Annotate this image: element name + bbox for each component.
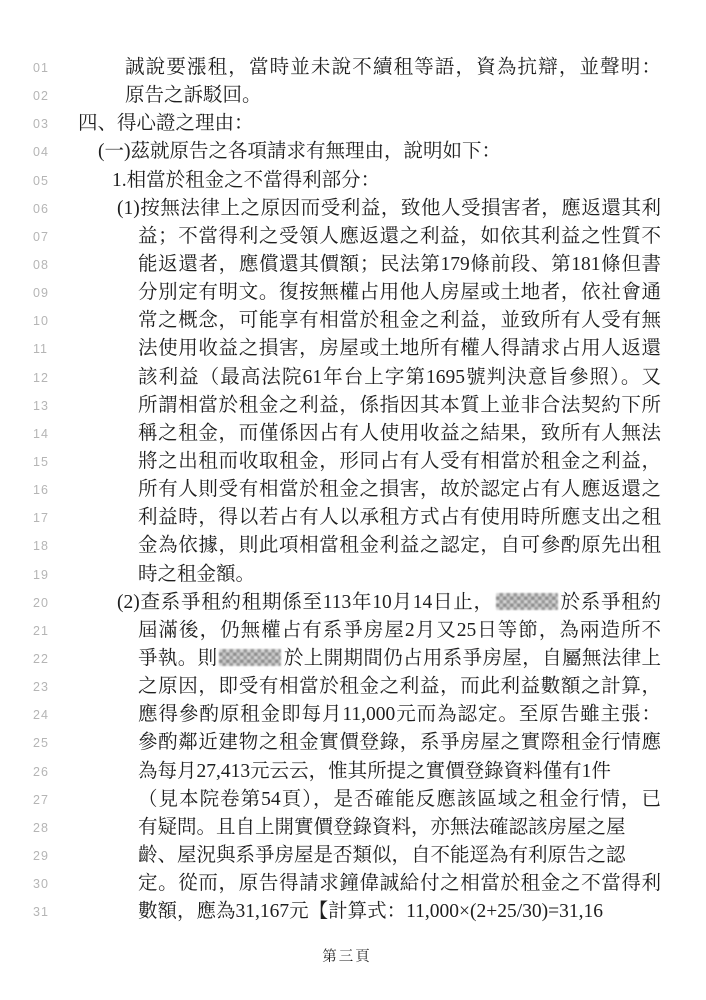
page-number-label: 第三頁 <box>322 949 372 965</box>
line-number: 02 <box>33 89 49 103</box>
document-line: 02原告之訴駁回。 <box>0 82 706 110</box>
text-segment: 1.相當於租金之不當得利部分： <box>112 170 380 191</box>
text-segment: (一)茲就原告之各項請求有無理由，說明如下： <box>98 141 501 162</box>
text-segment: 該利益（最高法院61年台上字第1695號判決意旨參照）。又 <box>138 367 661 388</box>
line-text: 法使用收益之損害，房屋或土地所有權人得請求占用人返還 <box>138 335 661 363</box>
document-line: 12該利益（最高法院61年台上字第1695號判決意旨參照）。又 <box>0 364 706 392</box>
line-number: 31 <box>33 905 49 919</box>
document-line: 29齡、屋況與系爭房屋是否類似，自不能逕為有利原告之認 <box>0 842 706 870</box>
line-number: 16 <box>33 483 49 497</box>
line-text: 利益時，得以若占有人以承租方式占有使用時所應支出之租 <box>138 504 661 532</box>
line-number: 10 <box>33 314 49 328</box>
line-text: (1)按無法律上之原因而受利益，致他人受損害者，應返還其利 <box>117 195 661 223</box>
line-number: 03 <box>33 117 49 131</box>
document-line: 10常之概念，可能享有相當於租金之利益，並致所有人受有無 <box>0 307 706 335</box>
text-segment: 金為依據，則此項相當租金利益之認定，自可參酌原先出租 <box>138 535 661 556</box>
page-footer: 第三頁 <box>33 945 661 966</box>
line-text: 益；不當得利之受領人應返還之利益，如依其利益之性質不 <box>138 223 661 251</box>
line-text: 應得參酌原租金即每月11,000元而為認定。至原告雖主張： <box>138 701 661 729</box>
line-number: 24 <box>33 708 49 722</box>
text-segment: 應得參酌原租金即每月11,000元而為認定。至原告雖主張： <box>138 704 661 725</box>
document-line: 051.相當於租金之不當得利部分： <box>0 167 706 195</box>
document-line: 26為每月27,413元云云，惟其所提之實價登錄資料僅有1件 <box>0 758 706 786</box>
text-segment: 屆滿後，仍無權占有系爭房屋2月又25日等節，為兩造所不 <box>138 620 661 641</box>
document-line: 25參酌鄰近建物之租金實價登錄，系爭房屋之實際租金行情應 <box>0 729 706 757</box>
document-line: 04(一)茲就原告之各項請求有無理由，說明如下： <box>0 138 706 166</box>
line-number: 26 <box>33 765 49 779</box>
document-body: 01誠說要漲租，當時並未說不續租等語，資為抗辯，並聲明：02原告之訴駁回。03四… <box>0 54 706 926</box>
line-text: 為每月27,413元云云，惟其所提之實價登錄資料僅有1件 <box>138 758 661 786</box>
text-segment: 所謂相當於租金之利益，係指因其本質上並非合法契約下所 <box>138 395 661 416</box>
document-line: 31數額，應為31,167元【計算式：11,000×(2+25/30)=31,1… <box>0 898 706 926</box>
line-text: 屆滿後，仍無權占有系爭房屋2月又25日等節，為兩造所不 <box>138 617 661 645</box>
document-line: 01誠說要漲租，當時並未說不續租等語，資為抗辯，並聲明： <box>0 54 706 82</box>
line-text: 分別定有明文。復按無權占用他人房屋或土地者，依社會通 <box>138 279 661 307</box>
line-number: 22 <box>33 652 49 666</box>
line-text: 常之概念，可能享有相當於租金之利益，並致所有人受有無 <box>138 307 661 335</box>
line-text: 數額，應為31,167元【計算式：11,000×(2+25/30)=31,16 <box>138 898 661 926</box>
document-line: 18金為依據，則此項相當租金利益之認定，自可參酌原先出租 <box>0 532 706 560</box>
line-number: 27 <box>33 793 49 807</box>
document-line: 28有疑問。且自上開實價登錄資料，亦無法確認該房屋之屋 <box>0 814 706 842</box>
text-segment: 將之出租而收取租金，形同占有人受有相當於租金之利益， <box>138 451 661 472</box>
document-line: 17利益時，得以若占有人以承租方式占有使用時所應支出之租 <box>0 504 706 532</box>
document-line: 07益；不當得利之受領人應返還之利益，如依其利益之性質不 <box>0 223 706 251</box>
text-segment: (2)查系爭租約租期係至113年10月14日止， <box>117 592 494 613</box>
line-number: 29 <box>33 849 49 863</box>
line-number: 28 <box>33 821 49 835</box>
text-segment: 能返還者，應償還其價額；民法第179條前段、第181條但書 <box>138 254 661 275</box>
document-line: 22爭執。則於上開期間仍占用系爭房屋，自屬無法律上 <box>0 645 706 673</box>
line-number: 21 <box>33 624 49 638</box>
text-segment: 時之租金額。 <box>138 564 255 585</box>
line-number: 01 <box>33 61 49 75</box>
line-text: 稱之租金，而僅係因占有人使用收益之結果，致所有人無法 <box>138 420 661 448</box>
text-segment: 於系爭租約 <box>560 592 661 613</box>
text-segment: 為每月27,413元云云，惟其所提之實價登錄資料僅有1件 <box>138 761 611 782</box>
line-text: 時之租金額。 <box>138 561 661 589</box>
text-segment: （見本院卷第54頁），是否確能反應該區域之租金行情，已 <box>138 789 661 810</box>
line-text: 原告之訴駁回。 <box>125 82 661 110</box>
line-text: 齡、屋況與系爭房屋是否類似，自不能逕為有利原告之認 <box>138 842 661 870</box>
text-segment: 有疑問。且自上開實價登錄資料，亦無法確認該房屋之屋 <box>138 817 626 838</box>
line-text: 定。從而，原告得請求鐘偉誠給付之相當於租金之不當得利 <box>138 870 661 898</box>
line-number: 11 <box>33 342 48 356</box>
document-line: 15將之出租而收取租金，形同占有人受有相當於租金之利益， <box>0 448 706 476</box>
line-number: 17 <box>33 511 49 525</box>
line-text: 金為依據，則此項相當租金利益之認定，自可參酌原先出租 <box>138 532 661 560</box>
line-text: 該利益（最高法院61年台上字第1695號判決意旨參照）。又 <box>138 364 661 392</box>
text-segment: 所有人則受有相當於租金之損害，故於認定占有人應返還之 <box>138 479 661 500</box>
document-line: 24應得參酌原租金即每月11,000元而為認定。至原告雖主張： <box>0 701 706 729</box>
text-segment: 常之概念，可能享有相當於租金之利益，並致所有人受有無 <box>138 310 661 331</box>
text-segment: 齡、屋況與系爭房屋是否類似，自不能逕為有利原告之認 <box>138 845 626 866</box>
line-number: 25 <box>33 736 49 750</box>
document-line: 14稱之租金，而僅係因占有人使用收益之結果，致所有人無法 <box>0 420 706 448</box>
text-segment: 四、得心證之理由： <box>78 113 254 134</box>
line-number: 07 <box>33 230 49 244</box>
line-number: 04 <box>33 145 49 159</box>
text-segment: 定。從而，原告得請求鐘偉誠給付之相當於租金之不當得利 <box>138 873 661 894</box>
line-number: 05 <box>33 174 49 188</box>
line-text: 所謂相當於租金之利益，係指因其本質上並非合法契約下所 <box>138 392 661 420</box>
line-number: 18 <box>33 539 49 553</box>
text-segment: 參酌鄰近建物之租金實價登錄，系爭房屋之實際租金行情應 <box>138 732 661 753</box>
redaction-block <box>219 649 281 666</box>
line-text: 誠說要漲租，當時並未說不續租等語，資為抗辯，並聲明： <box>125 54 661 82</box>
line-number: 15 <box>33 455 49 469</box>
text-segment: 誠說要漲租，當時並未說不續租等語，資為抗辯，並聲明： <box>125 57 661 78</box>
text-segment: 數額，應為31,167元【計算式：11,000×(2+25/30)=31,16 <box>138 901 603 922</box>
text-segment: 爭執。則 <box>138 648 217 669</box>
line-text: (一)茲就原告之各項請求有無理由，說明如下： <box>98 138 661 166</box>
document-line: 27（見本院卷第54頁），是否確能反應該區域之租金行情，已 <box>0 786 706 814</box>
document-line: 23之原因，即受有相當於租金之利益，而此利益數額之計算， <box>0 673 706 701</box>
text-segment: 稱之租金，而僅係因占有人使用收益之結果，致所有人無法 <box>138 423 661 444</box>
text-segment: 於上開期間仍占用系爭房屋，自屬無法律上 <box>283 648 661 669</box>
line-text: （見本院卷第54頁），是否確能反應該區域之租金行情，已 <box>138 786 661 814</box>
line-text: 四、得心證之理由： <box>78 110 661 138</box>
line-text: 爭執。則於上開期間仍占用系爭房屋，自屬無法律上 <box>138 645 661 673</box>
line-text: 1.相當於租金之不當得利部分： <box>112 167 661 195</box>
line-number: 20 <box>33 596 49 610</box>
line-number: 12 <box>33 371 49 385</box>
document-line: 19時之租金額。 <box>0 561 706 589</box>
line-text: 所有人則受有相當於租金之損害，故於認定占有人應返還之 <box>138 476 661 504</box>
text-segment: 利益時，得以若占有人以承租方式占有使用時所應支出之租 <box>138 507 661 528</box>
text-segment: 分別定有明文。復按無權占用他人房屋或土地者，依社會通 <box>138 282 661 303</box>
document-line: 21屆滿後，仍無權占有系爭房屋2月又25日等節，為兩造所不 <box>0 617 706 645</box>
document-line: 06(1)按無法律上之原因而受利益，致他人受損害者，應返還其利 <box>0 195 706 223</box>
line-number: 14 <box>33 427 49 441</box>
text-segment: 法使用收益之損害，房屋或土地所有權人得請求占用人返還 <box>138 338 661 359</box>
line-text: 之原因，即受有相當於租金之利益，而此利益數額之計算， <box>138 673 661 701</box>
text-segment: 原告之訴駁回。 <box>125 85 262 106</box>
line-number: 23 <box>33 680 49 694</box>
document-line: 20(2)查系爭租約租期係至113年10月14日止，於系爭租約 <box>0 589 706 617</box>
line-number: 09 <box>33 286 49 300</box>
line-text: 能返還者，應償還其價額；民法第179條前段、第181條但書 <box>138 251 661 279</box>
document-line: 11法使用收益之損害，房屋或土地所有權人得請求占用人返還 <box>0 335 706 363</box>
text-segment: 之原因，即受有相當於租金之利益，而此利益數額之計算， <box>138 676 661 697</box>
judgment-page: 01誠說要漲租，當時並未說不續租等語，資為抗辯，並聲明：02原告之訴駁回。03四… <box>0 0 706 1000</box>
document-line: 03四、得心證之理由： <box>0 110 706 138</box>
document-line: 08能返還者，應償還其價額；民法第179條前段、第181條但書 <box>0 251 706 279</box>
line-number: 30 <box>33 877 49 891</box>
document-line: 13所謂相當於租金之利益，係指因其本質上並非合法契約下所 <box>0 392 706 420</box>
line-text: 將之出租而收取租金，形同占有人受有相當於租金之利益， <box>138 448 661 476</box>
line-number: 06 <box>33 202 49 216</box>
document-line: 16所有人則受有相當於租金之損害，故於認定占有人應返還之 <box>0 476 706 504</box>
line-number: 19 <box>33 568 49 582</box>
text-segment: 益；不當得利之受領人應返還之利益，如依其利益之性質不 <box>138 226 661 247</box>
line-number: 13 <box>33 399 49 413</box>
line-text: 參酌鄰近建物之租金實價登錄，系爭房屋之實際租金行情應 <box>138 729 661 757</box>
line-text: 有疑問。且自上開實價登錄資料，亦無法確認該房屋之屋 <box>138 814 661 842</box>
redaction-block <box>496 593 558 610</box>
document-line: 30定。從而，原告得請求鐘偉誠給付之相當於租金之不當得利 <box>0 870 706 898</box>
line-number: 08 <box>33 258 49 272</box>
line-text: (2)查系爭租約租期係至113年10月14日止，於系爭租約 <box>117 589 661 617</box>
text-segment: (1)按無法律上之原因而受利益，致他人受損害者，應返還其利 <box>117 198 661 219</box>
document-line: 09分別定有明文。復按無權占用他人房屋或土地者，依社會通 <box>0 279 706 307</box>
